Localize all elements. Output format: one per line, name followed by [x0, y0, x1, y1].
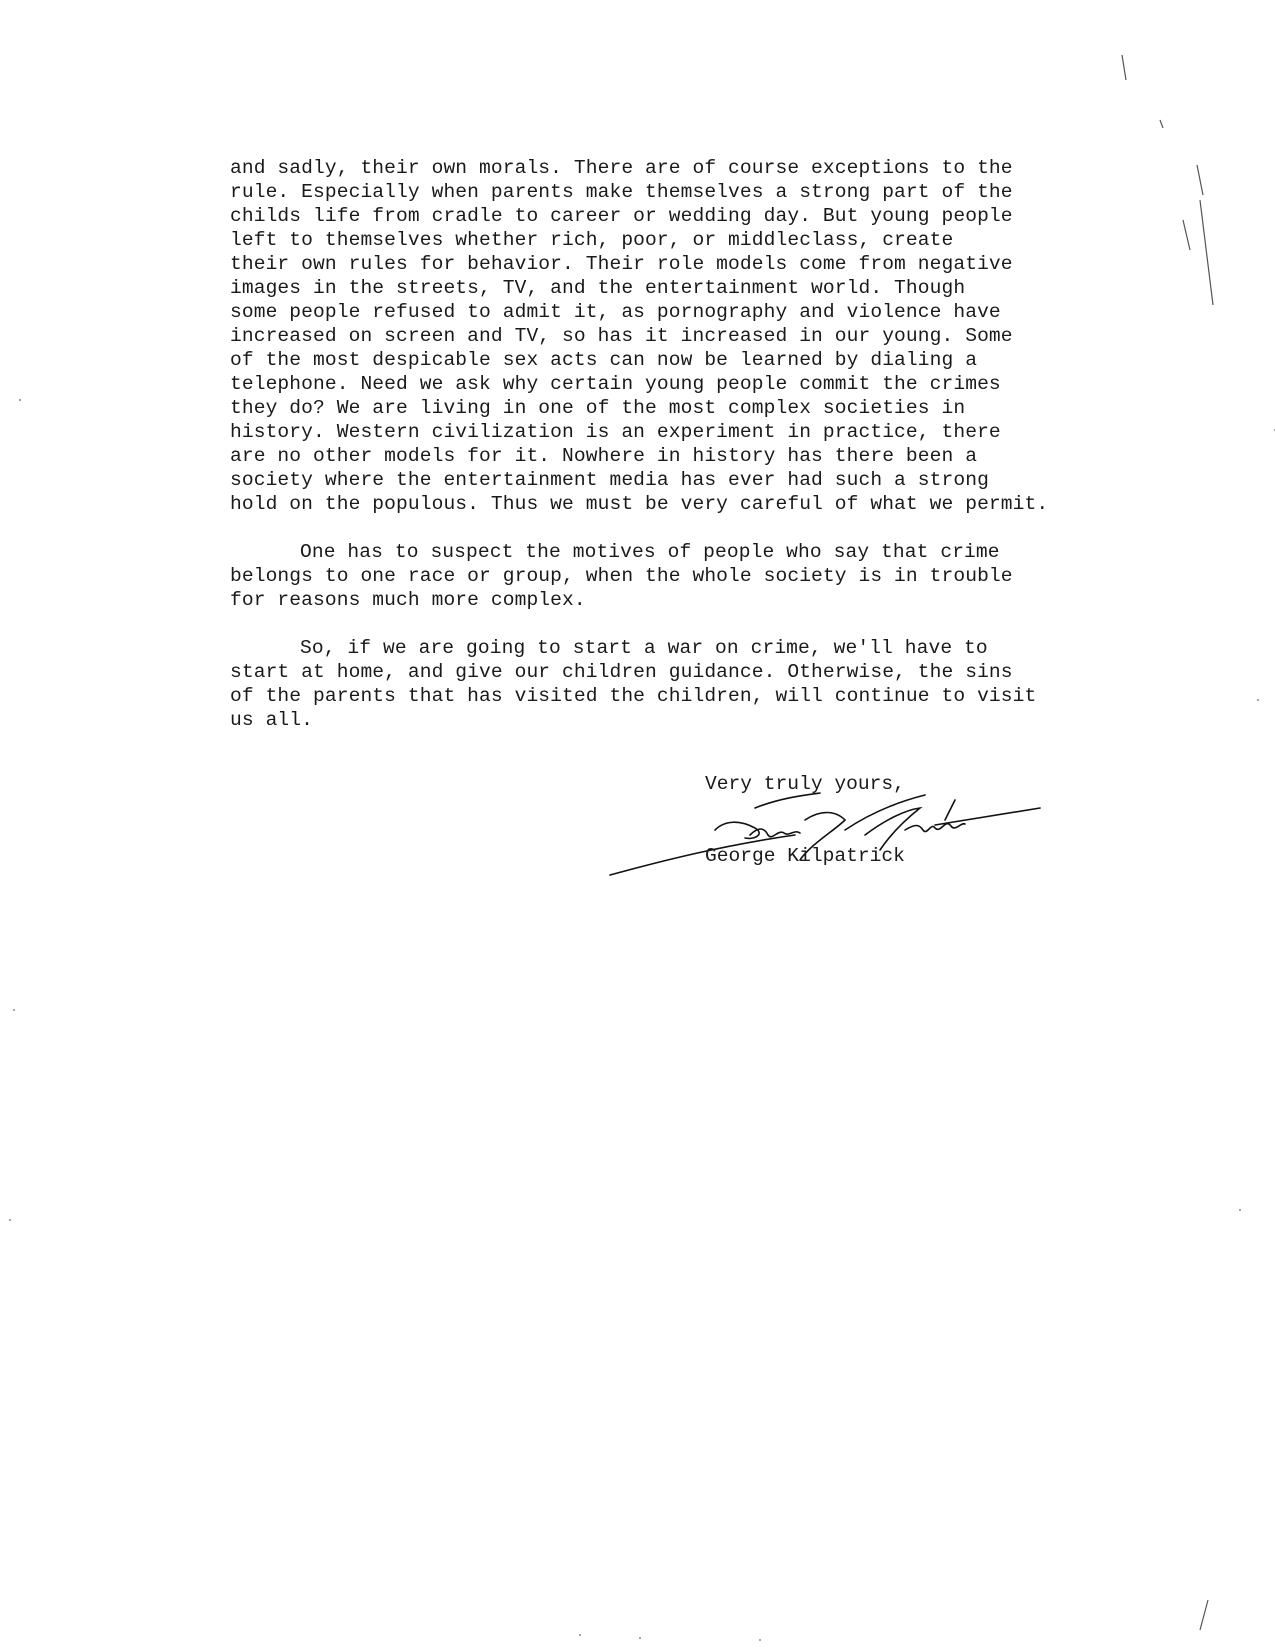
- text-line: One has to suspect the motives of people…: [230, 540, 1130, 564]
- text-line: of the parents that has visited the chil…: [230, 684, 1130, 708]
- text-line: of the most despicable sex acts can now …: [230, 348, 1130, 372]
- text-line: telephone. Need we ask why certain young…: [230, 372, 1130, 396]
- text-line: rule. Especially when parents make thems…: [230, 180, 1130, 204]
- text-line: left to themselves whether rich, poor, o…: [230, 228, 1130, 252]
- text-line: start at home, and give our children gui…: [230, 660, 1130, 684]
- handwritten-signature: [605, 790, 1045, 885]
- text-line: increased on screen and TV, so has it in…: [230, 324, 1130, 348]
- text-line: us all.: [230, 708, 1130, 732]
- text-line: and sadly, their own morals. There are o…: [230, 156, 1130, 180]
- letter-body: and sadly, their own morals. There are o…: [230, 156, 1130, 756]
- text-line: their own rules for behavior. Their role…: [230, 252, 1130, 276]
- text-line: belongs to one race or group, when the w…: [230, 564, 1130, 588]
- paragraph: One has to suspect the motives of people…: [230, 540, 1130, 612]
- paragraph: and sadly, their own morals. There are o…: [230, 156, 1130, 516]
- text-line: some people refused to admit it, as porn…: [230, 300, 1130, 324]
- text-line: childs life from cradle to career or wed…: [230, 204, 1130, 228]
- text-line: history. Western civilization is an expe…: [230, 420, 1130, 444]
- text-line: society where the entertainment media ha…: [230, 468, 1130, 492]
- text-line: for reasons much more complex.: [230, 588, 1130, 612]
- signer-name: George Kilpatrick: [705, 845, 905, 867]
- paragraph: So, if we are going to start a war on cr…: [230, 636, 1130, 732]
- letter-page: and sadly, their own morals. There are o…: [0, 0, 1275, 1650]
- text-line: hold on the populous. Thus we must be ve…: [230, 492, 1130, 516]
- text-line: they do? We are living in one of the mos…: [230, 396, 1130, 420]
- text-line: are no other models for it. Nowhere in h…: [230, 444, 1130, 468]
- text-line: images in the streets, TV, and the enter…: [230, 276, 1130, 300]
- text-line: So, if we are going to start a war on cr…: [230, 636, 1130, 660]
